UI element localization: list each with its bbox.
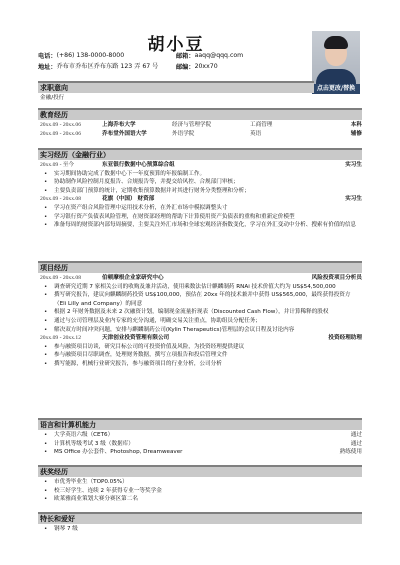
project-header: 20xx.09 - 20xx.08 伯顿摩根企业家研究中心 风险投资项目分析员 bbox=[40, 274, 362, 283]
list-item: •通过与公司管理层及业内专家的充分沟通，明确交易关注重点，协助组员分配任务； bbox=[40, 317, 362, 326]
list-item: •学习在资产组合风险管理中运用技术分析，在外汇市场中模拟调整头寸 bbox=[40, 204, 362, 213]
photo-hair bbox=[324, 36, 348, 49]
section-job-intent: 求职意向 金融/投行 bbox=[38, 81, 314, 103]
section-projects: 项目经历 20xx.09 - 20xx.08 伯顿摩根企业家研究中心 风险投资项… bbox=[38, 261, 362, 369]
section-education: 教育经历 20xx.09 - 20xx.06 上海乔布大学 经济与管理学院 工商… bbox=[38, 108, 362, 138]
list-item: •准备每周的财资部内部每周摘要，主要关注外汇市场和全球宏观经济指数变化，学习在外… bbox=[40, 221, 362, 230]
list-item: •撰写能源，机械行业研究报告，参与融资项目的行业分析，公司分析 bbox=[40, 360, 362, 369]
section-title: 语言和计算机能力 bbox=[38, 418, 362, 430]
phone-label: 电话： bbox=[38, 51, 57, 60]
address-label: 地址： bbox=[38, 62, 57, 71]
list-item: •参与融资项目尽职调查，处理财务数据，撰写立项报告和投后管理文件 bbox=[40, 351, 362, 360]
profile-photo[interactable]: 点击更改/替换 bbox=[312, 31, 360, 94]
list-item: •实习期间协助完成了数据中心下一年度预算的年报编制工作。 bbox=[40, 170, 362, 179]
list-item: •欧莱雅商业策划大赛分赛区第二名 bbox=[40, 495, 362, 504]
section-skills: 语言和计算机能力 •大学英语六级（CET6）通过 •计算机等级考试 3 级（数据… bbox=[38, 418, 362, 457]
list-item: •钢琴 7 级 bbox=[40, 525, 362, 534]
section-title: 特长和爱好 bbox=[38, 512, 362, 524]
section-title: 实习经历（金融行业） bbox=[38, 148, 362, 160]
education-row: 20xx.09 - 20xx.06 上海乔布大学 经济与管理学院 工商管理 本科 bbox=[40, 121, 362, 130]
list-item: •解决双方时间冲突问题，安排与麒麟制药公司(Kylin Therapeutics… bbox=[40, 326, 362, 335]
list-item: •参与融资项目访谈，研究目标公司的可投资价值及风险，为投资经理提供建议 bbox=[40, 343, 362, 352]
list-item: •调查研究近期 7 家相关公司的收购及兼并活动，使用乘数法估计麒麟制药 RNAi… bbox=[40, 283, 362, 292]
list-item: •协助制作风险控制月度报告、合规报告等，并提交给风控、合规部门审核； bbox=[40, 178, 362, 187]
list-item: •学习银行资产负债表风险管理，在财资部经理的帮助下计算使用资产负债表的重构和重新… bbox=[40, 213, 362, 222]
project-header: 20xx.09 - 20xx.12 天津创业投资管理有限公司 投资经理助理 bbox=[40, 334, 362, 343]
section-hobbies: 特长和爱好 •钢琴 7 级 bbox=[38, 512, 362, 534]
list-item: •根据 2 年财务数据及未来 2 次融资计划，编制现金流量折现表（Discoun… bbox=[40, 308, 362, 317]
address-value: 乔布市乔布区乔布东路 123 弄 67 号 bbox=[57, 62, 161, 71]
email-label: 邮箱： bbox=[176, 51, 195, 60]
job-intent-value: 金融/投行 bbox=[38, 93, 314, 103]
internship-header: 20xx.09 - 20xx.08 花旗（中国） 财资部 实习生 bbox=[40, 195, 362, 204]
zip-label: 邮编： bbox=[176, 62, 195, 71]
education-row: 20xx.09 - 20xx.06 乔布堂外国语大学 外语学院 英语 辅修 bbox=[40, 130, 362, 139]
section-title: 项目经历 bbox=[38, 261, 362, 273]
list-item: •市优秀毕业生（TOP0.05%） bbox=[40, 478, 362, 487]
list-item: •校三好学生、连续 2 年获得专业一等奖学金 bbox=[40, 487, 362, 496]
section-awards: 获奖经历 •市优秀毕业生（TOP0.05%） •校三好学生、连续 2 年获得专业… bbox=[38, 465, 362, 504]
list-item: •大学英语六级（CET6）通过 bbox=[40, 431, 362, 440]
section-title: 求职意向 bbox=[38, 81, 314, 93]
phone-value: (+86) 138-0000-8000 bbox=[57, 51, 125, 60]
contact-info: 电话： (+86) 138-0000-8000 邮箱： aaqq@qqq.com… bbox=[38, 48, 314, 71]
section-internship: 实习经历（金融行业） 20xx.09 - 至今 东亚银行数据中心预算综合组 实习… bbox=[38, 148, 362, 230]
section-title: 获奖经历 bbox=[38, 465, 362, 477]
list-item: •主要负责部门预算的统计，定期收集预算数据并对其进行财务分类整理和分析； bbox=[40, 187, 362, 196]
list-item: •MS Office 办公套件、Photoshop, Dreamweaver熟练… bbox=[40, 448, 362, 457]
internship-header: 20xx.09 - 至今 东亚银行数据中心预算综合组 实习生 bbox=[40, 161, 362, 170]
zip-value: 20xx70 bbox=[195, 62, 218, 71]
list-item: •计算机等级考试 3 级（数据库）通过 bbox=[40, 440, 362, 449]
email-value[interactable]: aaqq@qqq.com bbox=[195, 51, 244, 60]
section-title: 教育经历 bbox=[38, 108, 362, 120]
list-item: •撰写研究报告，建议向麒麟制药投资 US$100,000，预估在 20xx 年的… bbox=[40, 291, 362, 308]
change-photo-button[interactable]: 点击更改/替换 bbox=[312, 84, 360, 94]
